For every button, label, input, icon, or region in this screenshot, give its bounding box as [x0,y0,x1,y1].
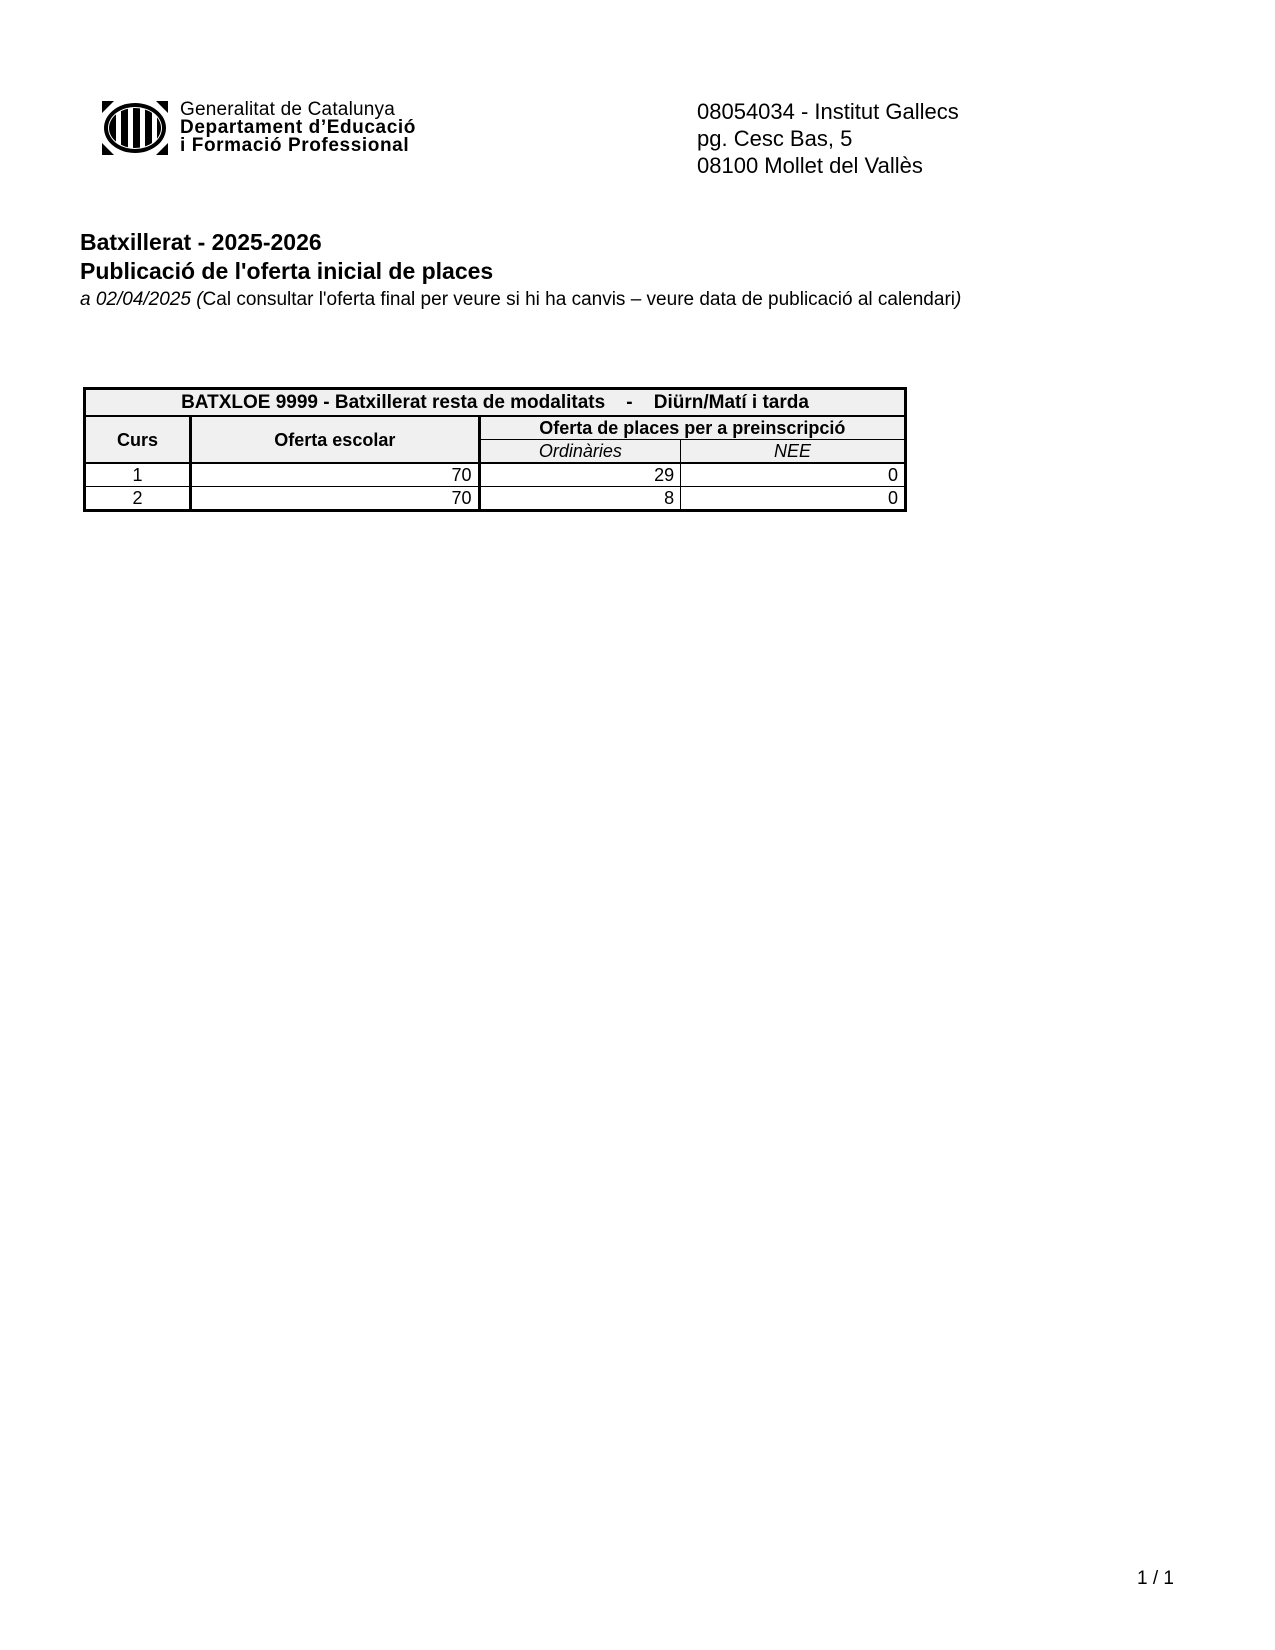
school-info: 08054034 - Institut Gallecs pg. Cesc Bas… [697,98,959,179]
page-number: 1 / 1 [1137,1568,1174,1590]
cell-ordinaries: 29 [479,463,681,487]
generalitat-senyera-emblem-icon [102,101,168,155]
header-oferta-preinscripcio: Oferta de places per a preinscripció [479,416,905,440]
school-city: 08100 Mollet del Vallès [697,152,959,179]
table-row: 1 70 29 0 [85,463,906,487]
document-title: Batxillerat - 2025-2026 [80,228,961,257]
header-curs: Curs [85,416,191,463]
note-text: Cal consultar l'oferta final per veure s… [203,289,955,310]
header-oferta-escolar: Oferta escolar [191,416,480,463]
school-address: pg. Cesc Bas, 5 [697,125,959,152]
cell-nee: 0 [681,463,906,487]
generalitat-logo: Generalitat de Catalunya Departament d’E… [102,101,416,155]
document-heading: Batxillerat - 2025-2026 Publicació de l'… [80,228,961,313]
cell-nee: 0 [681,487,906,511]
document-subtitle: Publicació de l'oferta inicial de places [80,257,961,286]
school-code-name: 08054034 - Institut Gallecs [697,98,959,125]
table-header-row: Curs Oferta escolar Oferta de places per… [85,416,906,440]
header-ordinaries: Ordinàries [479,440,681,464]
table-row: 2 70 8 0 [85,487,906,511]
header-nee: NEE [681,440,906,464]
cell-oferta-escolar: 70 [191,463,480,487]
cell-ordinaries: 8 [479,487,681,511]
logo-line-formacio: i Formació Professional [180,137,416,155]
publication-note: a 02/04/2025 (Cal consultar l'oferta fin… [80,287,961,313]
table-caption: BATXLOE 9999 - Batxillerat resta de moda… [85,389,906,417]
note-date: a 02/04/2025 ( [80,289,203,310]
note-close: ) [955,289,961,310]
table-caption-row: BATXLOE 9999 - Batxillerat resta de moda… [85,389,906,417]
places-offer-table: BATXLOE 9999 - Batxillerat resta de moda… [83,387,907,512]
cell-curs: 1 [85,463,191,487]
cell-curs: 2 [85,487,191,511]
cell-oferta-escolar: 70 [191,487,480,511]
